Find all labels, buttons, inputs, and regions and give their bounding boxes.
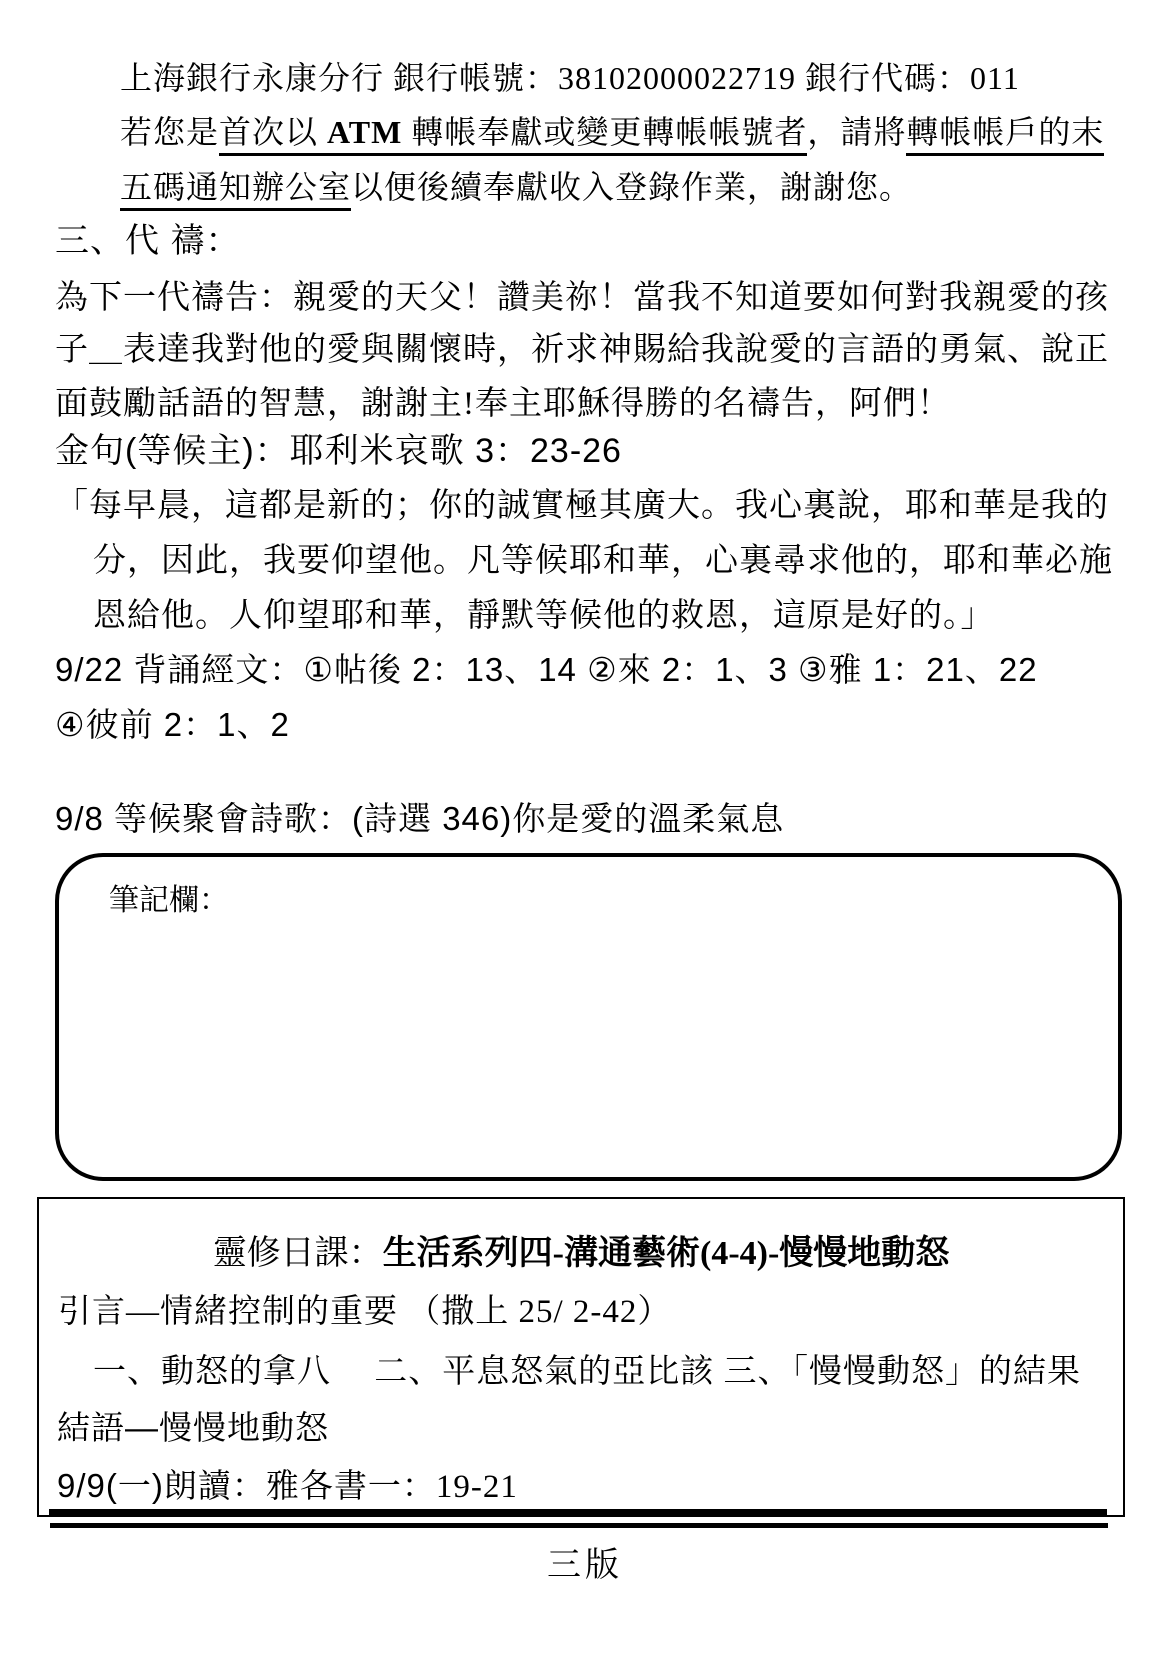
devotion-conclusion-line: 結語—慢慢地動怒 bbox=[57, 1402, 329, 1449]
divider-rule-bottom bbox=[50, 1523, 1108, 1528]
intercession-line-1: 為下一代禱告：親愛的天父！讚美祢！當我不知道要如何對我親愛的孩 bbox=[55, 278, 1109, 318]
golden-verse-quote-line-1: 「每早晨，這都是新的；你的誠實極其廣大。我心裏說，耶和華是我的 bbox=[55, 488, 1109, 526]
devotion-points-line: 一、動怒的拿八 二、平息怒氣的亞比該 三、「慢慢動怒」的結果 bbox=[93, 1345, 1081, 1392]
intercession-heading: 三、代 禱： bbox=[55, 222, 240, 261]
bulletin-page: 上海銀行永康分行 銀行帳號：38102000022719 銀行代碼：011 若您… bbox=[0, 0, 1170, 1654]
bank-account-line: 上海銀行永康分行 銀行帳號：38102000022719 銀行代碼：011 bbox=[120, 60, 1020, 97]
devotion-title: 靈修日課：生活系列四-溝通藝術(4-4)-慢慢地動怒 bbox=[39, 1225, 1123, 1274]
notes-box-label: 筆記欄： bbox=[109, 875, 229, 919]
devotion-box: 靈修日課：生活系列四-溝通藝術(4-4)-慢慢地動怒 引言—情緒控制的重要 （撒… bbox=[37, 1197, 1125, 1517]
devotion-title-topic: 生活系列四-溝通藝術(4-4)-慢慢地動怒 bbox=[383, 1235, 950, 1272]
atm-instruction-line-1: 若您是首次以 ATM 轉帳奉獻或變更轉帳帳號者，請將轉帳帳戶的末 bbox=[120, 114, 1104, 151]
memory-verses-line-2: ④彼前 2：1、2 bbox=[55, 706, 290, 744]
golden-verse-quote-line-2: 分，因此，我要仰望他。凡等候耶和華，心裏尋求他的，耶和華必施 bbox=[93, 543, 1113, 581]
devotion-reading-label: 9/9(一)朗讀： bbox=[57, 1467, 266, 1504]
memory-verses-line-1: 9/22 背誦經文：①帖後 2：13、14 ②來 2：1、3 ③雅 1：21、2… bbox=[55, 651, 1038, 689]
devotion-conclusion-label: 結語 bbox=[57, 1409, 125, 1446]
atm-instruction-line-2: 五碼通知辦公室以便後續奉獻收入登錄作業，謝謝您。 bbox=[120, 169, 912, 206]
notify-office-phrase: 五碼通知辦公室 bbox=[120, 169, 351, 211]
atm-abbrev: ATM bbox=[327, 114, 402, 150]
devotion-title-label: 靈修日課： bbox=[213, 1234, 383, 1272]
waiting-meeting-hymn-line: 9/8 等候聚會詩歌：(詩選 346)你是愛的溫柔氣息 bbox=[55, 800, 784, 838]
devotion-intro-line: 引言—情緒控制的重要 （撒上 25/ 2-42） bbox=[58, 1285, 671, 1332]
page-number-label: 三版 bbox=[0, 1537, 1170, 1586]
devotion-intro-label: 引言 bbox=[58, 1292, 126, 1329]
golden-verse-heading: 金句(等候主)：耶利米哀歌 3：23-26 bbox=[55, 432, 622, 471]
golden-verse-quote-line-3: 恩給他。人仰望耶和華，靜默等候他的救恩，這原是好的。」 bbox=[93, 598, 995, 636]
intercession-label: 為下一代禱告： bbox=[55, 278, 293, 315]
devotion-reading-line: 9/9(一)朗讀：雅各書一：19-21 bbox=[57, 1460, 518, 1507]
intercession-line-2: 子＿表達我對他的愛與關懷時，祈求神賜給我說愛的言語的勇氣、說正 bbox=[55, 332, 1109, 370]
account-last-digits-phrase: 轉帳帳戶的末 bbox=[906, 114, 1104, 156]
divider-rule-top bbox=[49, 1509, 1107, 1515]
atm-line-pre: 若您是 bbox=[120, 114, 219, 150]
atm-underlined-phrase: 首次以 ATM 轉帳奉獻或變更轉帳帳號者 bbox=[219, 114, 807, 156]
notes-box: 筆記欄： bbox=[55, 853, 1122, 1181]
intercession-line-3: 面鼓勵話語的智慧，謝謝主!奉主耶穌得勝的名禱告，阿們！ bbox=[55, 386, 951, 424]
